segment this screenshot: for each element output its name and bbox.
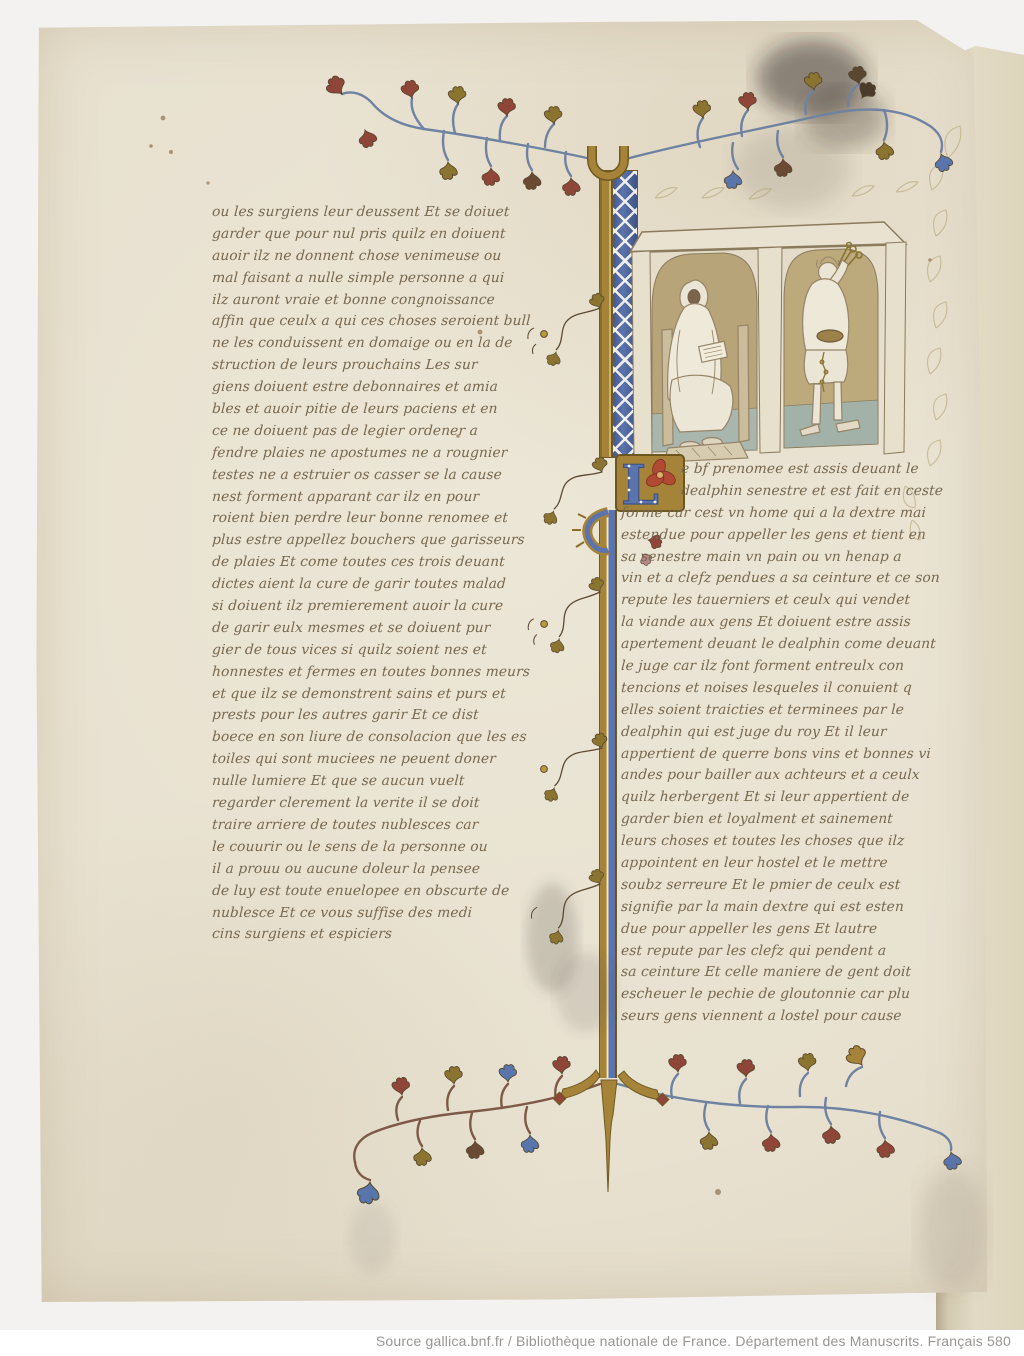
manuscript-text-line: elles soient traicties et terminees par … xyxy=(620,700,947,722)
manuscript-photo: L ou les surgiens leur deussent Et se do… xyxy=(0,0,1024,1330)
manuscript-text-line: nublesce Et ce vous suffise des medi xyxy=(211,903,538,925)
manuscript-text-line: le juge car ilz font forment entreulx co… xyxy=(620,656,947,678)
manuscript-text-line: prests pour les autres garir Et ce dist xyxy=(211,705,538,727)
manuscript-text-line: de garir eulx mesmes et se doiuent pur xyxy=(211,618,538,640)
text-column-right: e bf prenomee est assis deuant ledealphi… xyxy=(621,459,947,1028)
manuscript-text-line: appertient de querre bons vins et bonnes… xyxy=(620,744,947,766)
manuscript-text-line: nest forment apparant car ilz en pour xyxy=(211,487,538,509)
manuscript-text-line: repute les tauerniers et ceulx qui vende… xyxy=(620,590,947,612)
text-column-left: ou les surgiens leur deussent Et se doiu… xyxy=(212,202,538,946)
manuscript-text-line: est repute par les clefz qui pendent a xyxy=(620,941,947,963)
manuscript-text-line: mal faisant a nulle simple personne a qu… xyxy=(211,268,538,290)
manuscript-text-line: la viande aux gens Et doiuent estre assi… xyxy=(620,612,947,634)
source-caption-text: Source gallica.bnf.fr / Bibliothèque nat… xyxy=(376,1333,1011,1349)
manuscript-text-line: sa ceinture Et celle maniere de gent doi… xyxy=(620,962,947,984)
manuscript-text-line: ilz auront vraie et bonne congnoissance xyxy=(211,290,538,312)
manuscript-text-line: honnestes et fermes en toutes bonnes meu… xyxy=(211,662,538,684)
manuscript-text-line: bles et auoir pitie de leurs paciens et … xyxy=(211,399,538,421)
manuscript-text-line: dictes aient la cure de garir toutes mal… xyxy=(211,574,538,596)
manuscript-text-line: si doiuent ilz premierement auoir la cur… xyxy=(211,596,538,618)
manuscript-text-line: garder que pour nul pris quilz en doiuen… xyxy=(211,224,538,246)
manuscript-text-line: traire arriere de toutes nublesces car xyxy=(211,815,538,837)
manuscript-text-line: leurs choses et toutes les choses que il… xyxy=(620,831,947,853)
manuscript-text-line: boece en son liure de consolacion que le… xyxy=(211,727,538,749)
gallica-scan-view: L ou les surgiens leur deussent Et se do… xyxy=(0,0,1024,1356)
manuscript-text-line: struction de leurs prouchains Les sur xyxy=(211,355,538,377)
manuscript-text-line: testes ne a estruier os casser se la cau… xyxy=(211,465,538,487)
bar-gold-band xyxy=(600,171,613,457)
manuscript-text-line: roient bien perdre leur bonne renomee et xyxy=(211,508,538,530)
manuscript-text-line: il a prouu ou aucune doleur la pensee xyxy=(211,859,538,881)
manuscript-text-line: estendue pour appeller les gens et tient… xyxy=(620,525,947,547)
manuscript-text-line: soubz serreure Et le pmier de ceulx est xyxy=(620,875,947,897)
manuscript-text-line: dealphin senestre et est fait en ceste xyxy=(620,481,947,503)
manuscript-text-line: regarder clerement la verite il se doit xyxy=(211,793,538,815)
manuscript-text-line: quilz herbergent Et si leur appertient d… xyxy=(620,787,947,809)
manuscript-text-line: forme car cest vn home qui a la dextre m… xyxy=(620,503,947,525)
manuscript-text-line: sa senestre main vn pain ou vn henap a xyxy=(620,547,947,569)
manuscript-text-line: gier de tous vices si quilz soient nes e… xyxy=(211,640,538,662)
manuscript-text-line: ne les conduissent en domaige ou en la d… xyxy=(211,333,538,355)
manuscript-text-line: vin et a clefz pendues a sa ceinture et … xyxy=(620,568,947,590)
manuscript-text-line: de plaies Et come toutes ces trois deuan… xyxy=(211,552,538,574)
manuscript-text-line: signifie par la main dextre qui est este… xyxy=(620,897,947,919)
manuscript-text-line: due pour appeller les gens Et lautre xyxy=(620,919,947,941)
manuscript-text-line: cins surgiens et espiciers xyxy=(211,924,538,946)
manuscript-text-line: de luy est toute enuelopee en obscurte d… xyxy=(211,881,538,903)
manuscript-text-line: garder bien et loyalment et sainement xyxy=(620,809,947,831)
manuscript-text-line: dealphin qui est juge du roy Et il leur xyxy=(620,722,947,744)
manuscript-text-line: plus estre appellez bouchers que garisse… xyxy=(211,530,538,552)
manuscript-text-line: appointent en leur hostel et le mettre xyxy=(620,853,947,875)
manuscript-text-line: affin que ceulx a qui ces choses seroien… xyxy=(211,311,538,333)
manuscript-text-line: seurs gens viennent a lostel pour cause xyxy=(620,1006,947,1028)
manuscript-text-line: ou les surgiens leur deussent Et se doiu… xyxy=(211,202,538,224)
manuscript-text-line: e bf prenomee est assis deuant le xyxy=(620,459,947,481)
manuscript-text-line: giens doiuent estre debonnaires et amia xyxy=(211,377,538,399)
manuscript-text-line: auoir ilz ne donnent chose venimeuse ou xyxy=(211,246,538,268)
bar-blue-chevron-band xyxy=(613,171,637,457)
manuscript-text-line: escheuer le pechie de gloutonnie car plu xyxy=(620,984,947,1006)
manuscript-text-line: ce ne doiuent pas de legier ordener a xyxy=(211,421,538,443)
source-caption-bar: Source gallica.bnf.fr / Bibliothèque nat… xyxy=(0,1330,1024,1356)
manuscript-text-line: nulle lumiere Et que se aucun vuelt xyxy=(211,771,538,793)
manuscript-text-line: et que ilz se demonstrent sains et purs … xyxy=(211,684,538,706)
manuscript-text-line: andes pour bailler aux achteurs et a ceu… xyxy=(620,765,947,787)
manuscript-text-line: toiles qui sont muciees ne peuent doner xyxy=(211,749,538,771)
manuscript-text-line: le couurir ou le sens de la personne ou xyxy=(211,837,538,859)
manuscript-text-line: tencions et noises lesqueles il conuient… xyxy=(620,678,947,700)
bar-border-lower xyxy=(599,510,617,1078)
manuscript-text-line: apertement deuant le dealphin come deuan… xyxy=(620,634,947,656)
manuscript-text-line: fendre plaies ne apostumes ne a rougnier xyxy=(211,443,538,465)
bar-border-upper xyxy=(599,170,638,458)
